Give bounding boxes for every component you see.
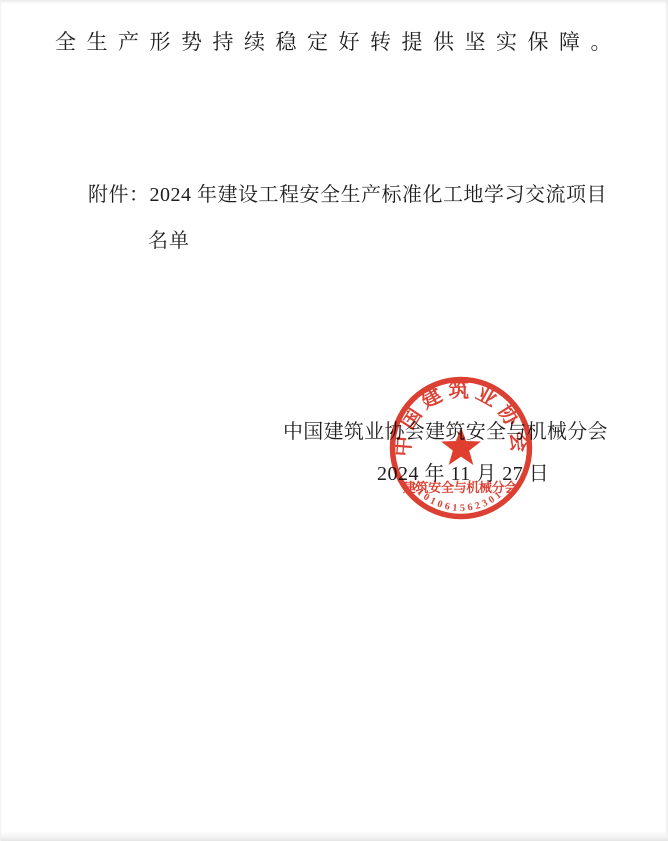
document-page: 全生产形势持续稳定好转提供坚实保障。 附件：2024 年建设工程安全生产标准化工…: [0, 0, 668, 841]
scan-edge-top: [0, 0, 668, 4]
official-red-seal: 中国建筑业协会 建筑安全与机械分会 1101061562301: [366, 353, 556, 543]
attachment-line-1: 附件：2024 年建设工程安全生产标准化工地学习交流项目: [88, 185, 607, 205]
scan-edge-left: [0, 0, 2, 841]
body-paragraph-last-line: 全生产形势持续稳定好转提供坚实保障。: [55, 32, 622, 53]
seal-star-icon: [441, 427, 481, 465]
attachment-line-2: 名单: [148, 231, 190, 251]
scan-edge-bottom: [0, 831, 668, 841]
